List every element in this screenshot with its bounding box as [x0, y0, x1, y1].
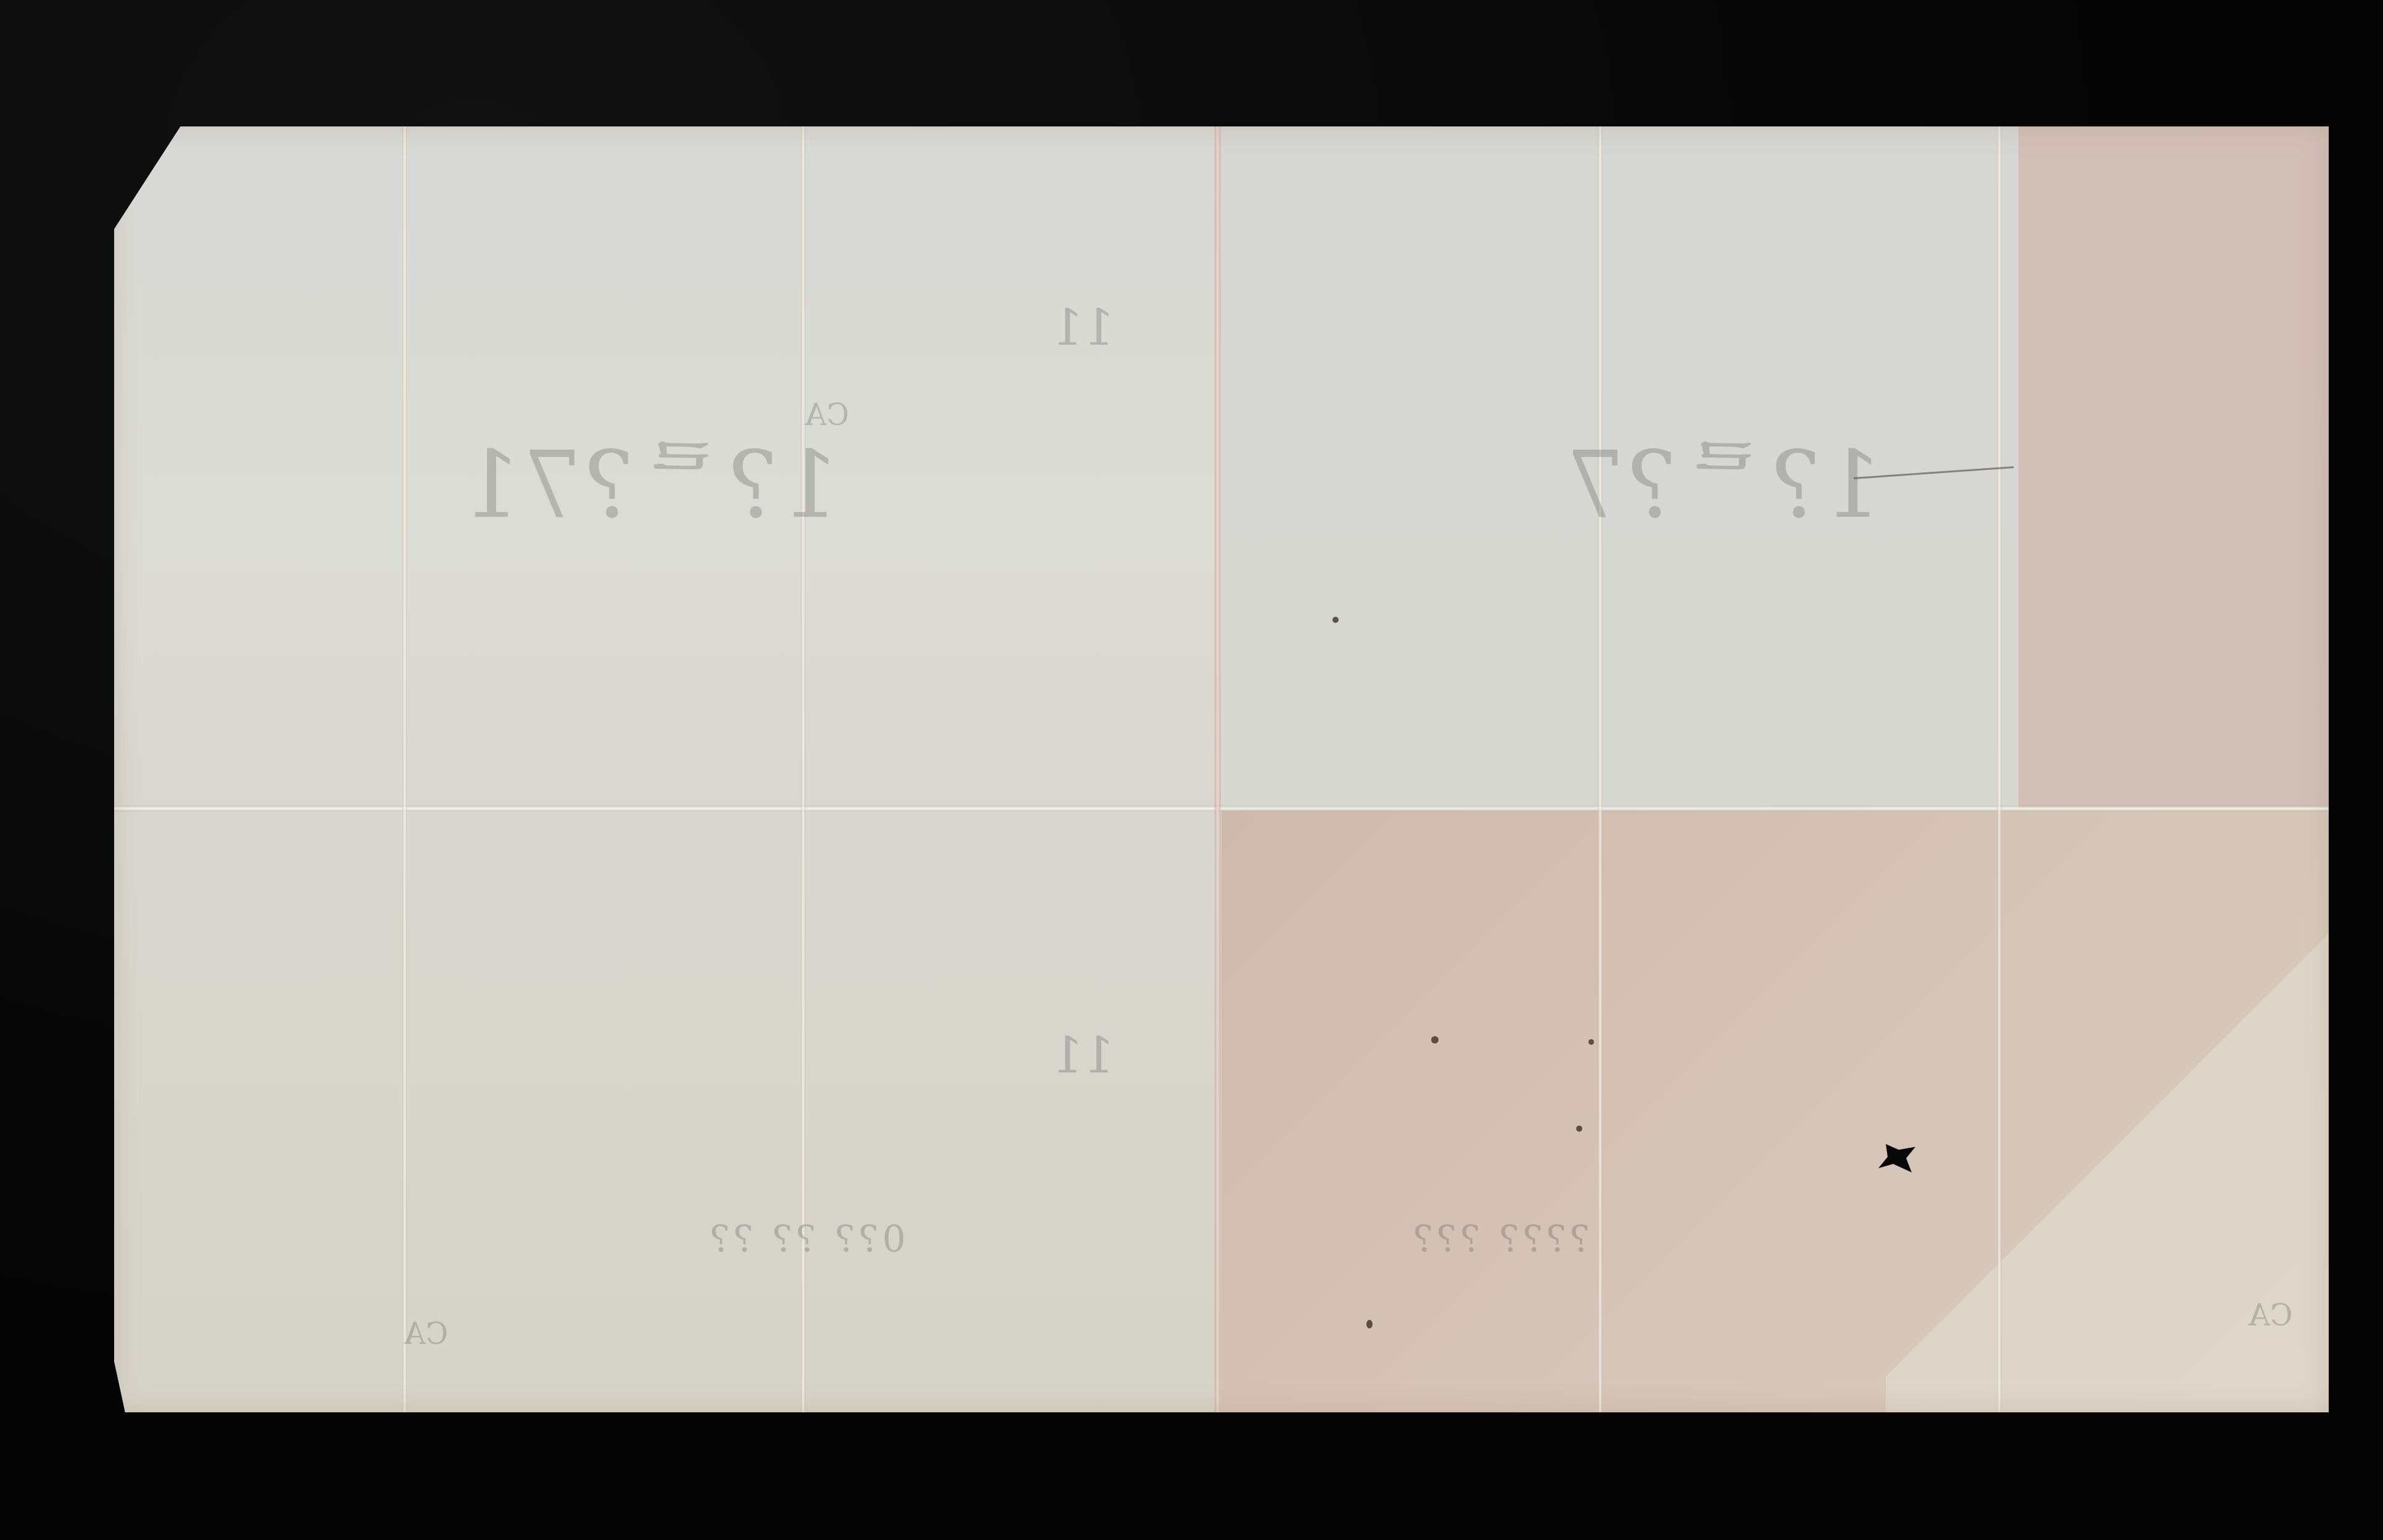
- paper-note-reverse: 1?ᄅ?71 CA 1?ᄅ?7 11 11 0?? ?? ?? CA ???? …: [114, 126, 2329, 1412]
- vertical-fold-5: [1997, 126, 2002, 1412]
- vertical-fold-center: [1215, 126, 1221, 1412]
- mirrored-serial-top-right: 1?ᄅ?7: [1564, 410, 1883, 543]
- mirrored-ca-bottom-left: CA: [404, 1317, 448, 1351]
- ink-spot: [1576, 1126, 1582, 1132]
- diagonal-light-patch: [1886, 898, 2329, 1412]
- pink-stain-right-band: [2018, 126, 2329, 808]
- mirrored-text-bottom-right: ???? ???: [1410, 1218, 1590, 1261]
- ink-spot: [1332, 617, 1339, 623]
- mirrored-value-top-center: 11: [1052, 299, 1115, 356]
- ink-spot: [1588, 1039, 1594, 1045]
- paper-panel-bottom-left: [114, 808, 1221, 1412]
- mirrored-serial-top-left: 1?ᄅ?71: [460, 410, 840, 543]
- rust-spot: [1431, 1036, 1439, 1044]
- vertical-fold-1: [402, 126, 407, 1412]
- mirrored-value-mid-left: 11: [1052, 1027, 1115, 1084]
- mirrored-text-bottom-left: 0?? ?? ??: [706, 1218, 906, 1261]
- vertical-fold-4: [1598, 126, 1603, 1412]
- mirrored-ca-top-left: CA: [805, 398, 849, 432]
- ink-spot: [1366, 1320, 1373, 1328]
- photo-stage: 1?ᄅ?71 CA 1?ᄅ?7 11 11 0?? ?? ?? CA ???? …: [0, 0, 2383, 1540]
- mirrored-ca-bottom-right: CA: [2249, 1298, 2292, 1333]
